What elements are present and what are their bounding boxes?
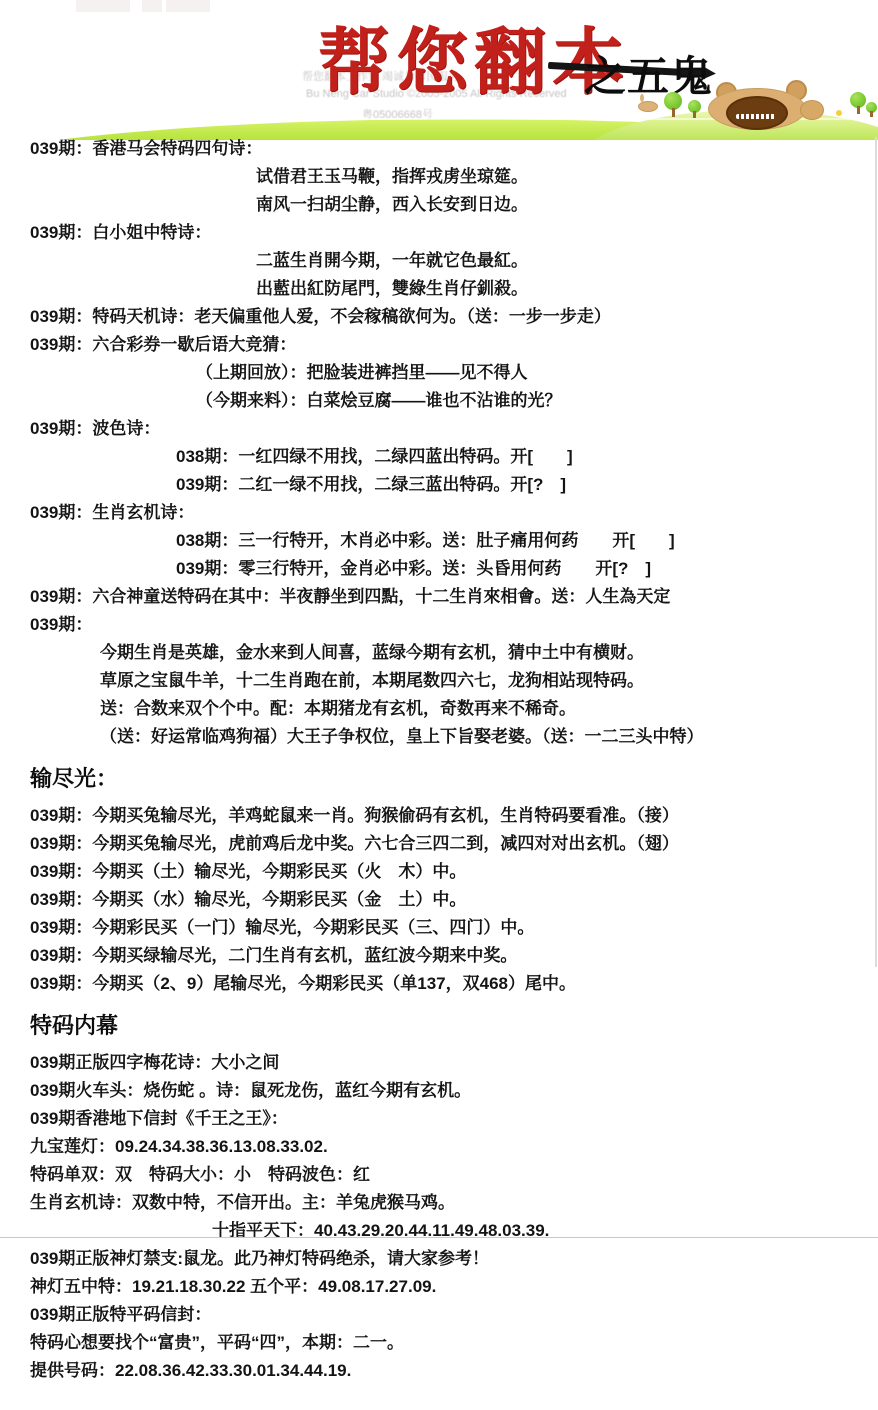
text-line: 039期正版特平码信封：	[30, 1305, 878, 1324]
text-line: 038期：三一行特开，木肖必中彩。送：肚子痛用何药 开[ ]	[176, 531, 878, 550]
text-line: 神灯五中特：19.21.18.30.22 五个平：49.08.17.27.09.	[30, 1277, 878, 1296]
text-line: 039期：生肖玄机诗：	[30, 503, 878, 522]
text-line: 南风一扫胡尘静，西入长安到日边。	[256, 195, 878, 214]
scan-smudge	[142, 0, 162, 12]
text-line: 039期：今期彩民买（一门）输尽光，今期彩民买（三、四门）中。	[30, 918, 878, 937]
text-line: 039期：今期买兔输尽光，羊鸡蛇鼠来一肖。狗猴偷码有玄机，生肖特码要看准。（接）	[30, 806, 878, 825]
text-line: 039期：六合神童送特码在其中：半夜靜坐到四點，十二生肖來相會。送：人生為天定	[30, 587, 878, 606]
text-line: 039期香港地下信封《千王之王》：	[30, 1109, 878, 1128]
tip-sheet-page: 帮您翻本工作室 竭诚为彩民服务 Bu Neng Car Studio ©2005…	[0, 0, 878, 1410]
text-line: 039期：今期买绿输尽光，二门生肖有玄机，蓝红波今期来中奖。	[30, 946, 878, 965]
bear-icon	[700, 76, 830, 122]
bunny-icon	[636, 96, 658, 110]
text-line: 送：合数来双个个中。配：本期猪龙有玄机，奇数再来不稀奇。	[100, 699, 878, 718]
text-line: 039期：	[30, 615, 878, 634]
text-line: 今期生肖是英雄，金水来到人间喜，蓝绿今期有玄机，猜中土中有横财。	[100, 643, 878, 662]
text-line: 039期：香港马会特码四句诗：	[30, 139, 878, 158]
text-line: （送：好运常临鸡狗福）大王子争权位，皇上下旨娶老婆。（送：一二三头中特）	[100, 727, 878, 746]
text-line: 039期：今期买（水）输尽光，今期彩民买（金 土）中。	[30, 890, 878, 909]
text-line: 039期火车头：烧伤蛇 。诗：鼠死龙伤，蓝红今期有玄机。	[30, 1081, 878, 1100]
page-header: 帮您翻本工作室 竭诚为彩民服务 Bu Neng Car Studio ©2005…	[0, 0, 878, 137]
text-line: （上期回放）：把脸装进裤挡里——见不得人	[196, 363, 878, 382]
text-line: 039期：今期买（土）输尽光，今期彩民买（火 木）中。	[30, 862, 878, 881]
flower-icon	[836, 110, 842, 116]
scan-smudge	[166, 0, 210, 12]
text-line: 二蓝生肖開今期，一年就它色最紅。	[256, 251, 878, 270]
scan-smudge	[76, 0, 130, 12]
text-line: 039期正版神灯禁支:鼠龙。此乃神灯特码绝杀，请大家参考！	[30, 1249, 878, 1268]
page-title-suffix: 之五鬼	[584, 44, 713, 104]
page-edge-line	[875, 137, 877, 967]
text-line: 039期：特码天机诗：老天偏重他人爱，不会稼稿欲何为。（送：一步一步走）	[30, 307, 878, 326]
text-line: 039期：六合彩券一歇后语大竞猜：	[30, 335, 878, 354]
text-line: 提供号码：22.08.36.42.33.30.01.34.44.19.	[30, 1361, 878, 1380]
text-line: 039期：白小姐中特诗：	[30, 223, 878, 242]
text-line: 试借君王玉马鞭，指挥戎虏坐琼筵。	[256, 167, 878, 186]
text-line: 039期：今期买兔输尽光，虎前鸡后龙中奖。六七合三四二到，减四对对出玄机。（翅）	[30, 834, 878, 853]
text-line: 草原之宝鼠牛羊，十二生肖跑在前，本期尾数四六七，龙狗相站现特码。	[100, 671, 878, 690]
section-header: 特码内幕	[30, 1013, 878, 1038]
text-line: （今期来料）：白菜烩豆腐——谁也不沾谁的光？	[196, 391, 878, 410]
text-line: 039期：今期买（2、9）尾输尽光，今期彩民买（单137，双468）尾中。	[30, 974, 878, 993]
text-content: 039期：香港马会特码四句诗：试借君王玉马鞭，指挥戎虏坐琼筵。南风一扫胡尘静，西…	[0, 139, 878, 1389]
text-line: 生肖玄机诗：双数中特，不信开出。主：羊兔虎猴马鸡。	[30, 1193, 878, 1212]
text-line: 039期：二红一绿不用找，二绿三蓝出特码。开[? ]	[176, 475, 878, 494]
text-line: 039期正版四字梅花诗：大小之间	[30, 1053, 878, 1072]
text-line: 039期：波色诗：	[30, 419, 878, 438]
text-line: 九宝莲灯：09.24.34.38.36.13.08.33.02.	[30, 1137, 878, 1156]
text-line: 特码单双：双 特码大小：小 特码波色：红	[30, 1165, 878, 1184]
section-header: 输尽光：	[30, 766, 878, 791]
text-line: 039期：零三行特开，金肖必中彩。送：头昏用何药 开[? ]	[176, 559, 878, 578]
scan-artifact-line	[0, 1237, 878, 1238]
text-line: 出藍出紅防尾門，雙綠生肖仔釧殺。	[256, 279, 878, 298]
text-line: 特码心想要找个“富贵”，平码“四”，本期：二一。	[30, 1333, 878, 1352]
text-line: 038期：一红四绿不用找，二绿四蓝出特码。开[ ]	[176, 447, 878, 466]
